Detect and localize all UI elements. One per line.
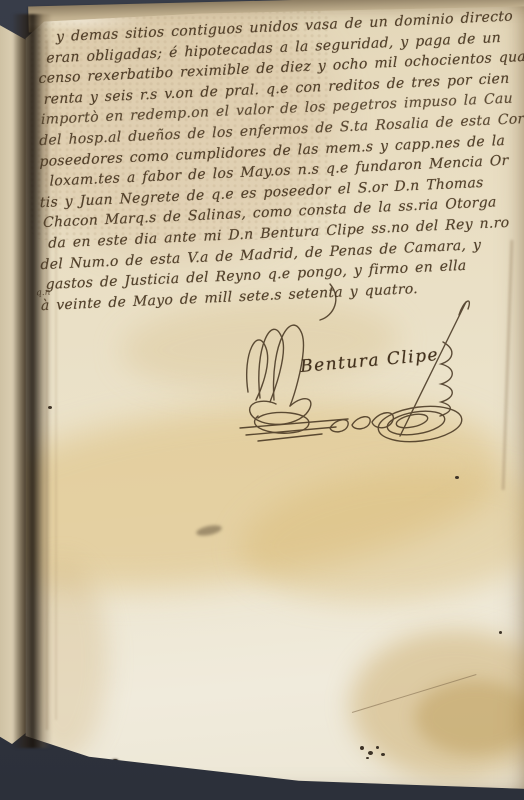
ink-speck [499,631,502,634]
ink-speck [360,746,364,750]
ink-speck [381,753,385,756]
manuscript-page: y demas sitios contiguos unidos vasa de … [0,0,524,800]
manuscript-photo: y demas sitios contiguos unidos vasa de … [0,0,524,800]
wormhole [111,759,119,765]
book-gutter-shadow [12,14,52,748]
ink-speck [376,746,379,749]
manuscript-text: y demas sitios contiguos unidos vasa de … [38,3,524,317]
ink-speck [368,751,373,755]
ink-speck [366,757,369,759]
stain [415,680,524,755]
ink-speck [455,476,459,479]
